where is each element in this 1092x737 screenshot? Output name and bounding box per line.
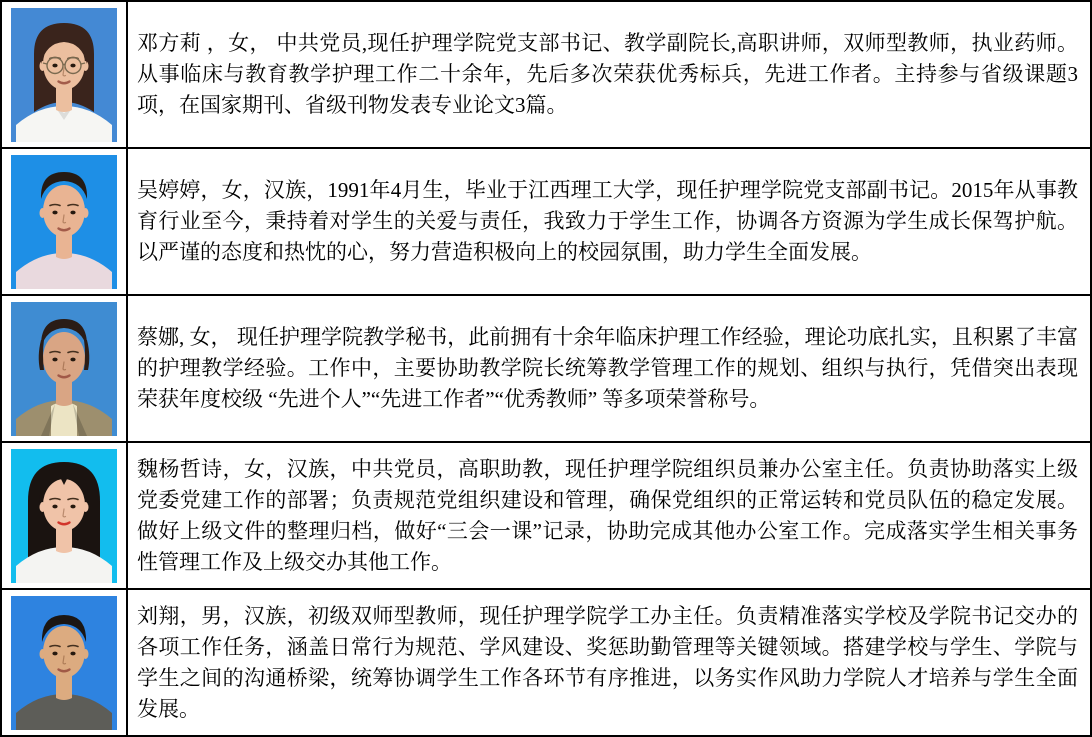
profile-photo-cell [2,2,128,147]
staff-profile-table: 邓方莉 ，女， 中共党员,现任护理学院党支部书记、教学副院长,高职讲师，双师型教… [0,0,1092,737]
profile-photo-id-photo-man-buzz-cut-gray-shirt [11,596,117,730]
profile-photo-id-photo-woman-pulled-back-hair-pink-top [11,155,117,289]
profile-photo-id-photo-woman-long-hair-white-top [11,449,117,583]
profile-row-5: 刘翔，男，汉族，初级双师型教师，现任护理学院学工办主任。负责精准落实学校及学院书… [2,588,1090,735]
profile-photo-cell [2,296,128,441]
profile-text-cell: 吴婷婷，女，汉族，1991年4月生，毕业于江西理工大学，现任护理学院党支部副书记… [128,149,1090,294]
profile-text-cell: 魏杨哲诗，女，汉族，中共党员，高职助教，现任护理学院组织员兼办公室主任。负责协助… [128,443,1090,588]
profile-text-cell: 蔡娜, 女， 现任护理学院教学秘书，此前拥有十余年临床护理工作经验，理论功底扎实… [128,296,1090,441]
profile-row-4: 魏杨哲诗，女，汉族，中共党员，高职助教，现任护理学院组织员兼办公室主任。负责协助… [2,441,1090,588]
profile-bio: 刘翔，男，汉族，初级双师型教师，现任护理学院学工办主任。负责精准落实学校及学院书… [137,601,1078,725]
profile-text-cell: 邓方莉 ，女， 中共党员,现任护理学院党支部书记、教学副院长,高职讲师，双师型教… [128,2,1090,147]
profile-row-1: 邓方莉 ，女， 中共党员,现任护理学院党支部书记、教学副院长,高职讲师，双师型教… [2,2,1090,147]
profile-row-3: 蔡娜, 女， 现任护理学院教学秘书，此前拥有十余年临床护理工作经验，理论功底扎实… [2,294,1090,441]
profile-bio: 吴婷婷，女，汉族，1991年4月生，毕业于江西理工大学，现任护理学院党支部副书记… [137,175,1078,268]
profile-text-cell: 刘翔，男，汉族，初级双师型教师，现任护理学院学工办主任。负责精准落实学校及学院书… [128,590,1090,735]
profile-photo-cell [2,443,128,588]
profile-photo-id-photo-woman-short-hair-khaki-coat [11,302,117,436]
profile-row-2: 吴婷婷，女，汉族，1991年4月生，毕业于江西理工大学，现任护理学院党支部副书记… [2,147,1090,294]
profile-bio: 蔡娜, 女， 现任护理学院教学秘书，此前拥有十余年临床护理工作经验，理论功底扎实… [137,322,1078,415]
profile-bio: 邓方莉 ，女， 中共党员,现任护理学院党支部书记、教学副院长,高职讲师，双师型教… [137,28,1078,121]
profile-bio: 魏杨哲诗，女，汉族，中共党员，高职助教，现任护理学院组织员兼办公室主任。负责协助… [137,454,1078,578]
profile-photo-cell [2,590,128,735]
profile-photo-cell [2,149,128,294]
profile-photo-id-photo-woman-glasses-white-shirt [11,8,117,142]
